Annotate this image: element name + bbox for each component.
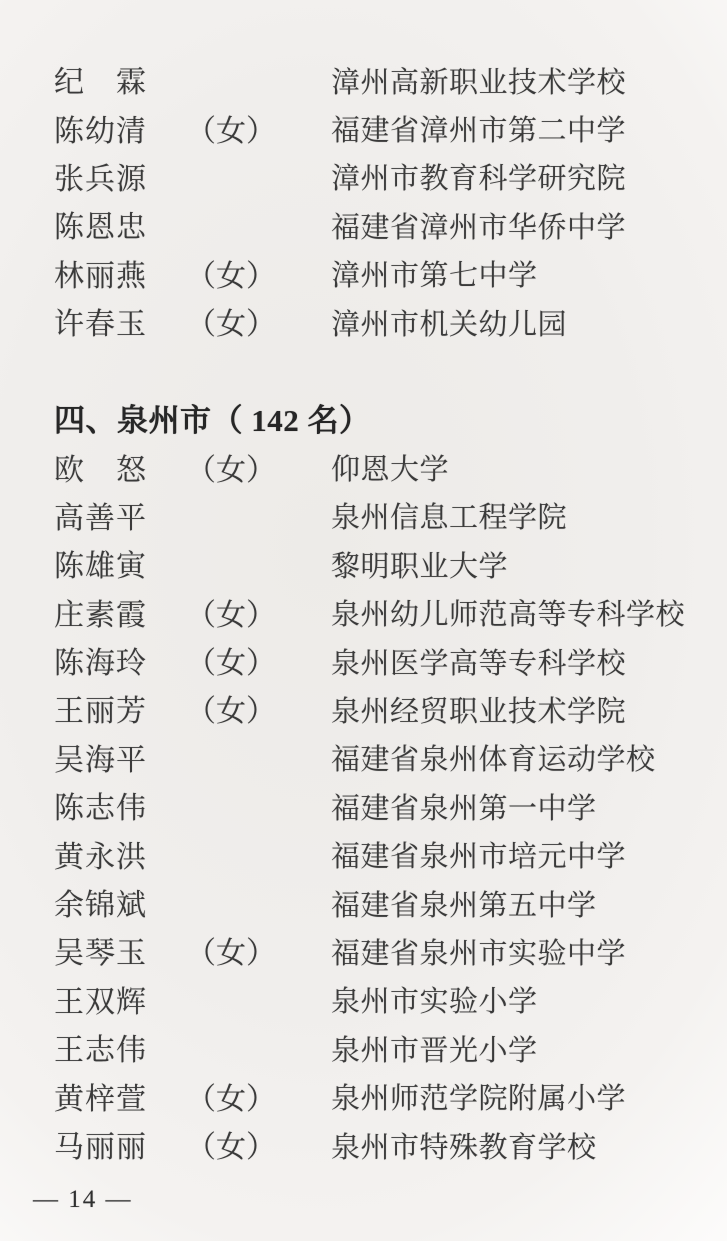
gender-label: （女） <box>186 939 331 969</box>
institution-name: 黎明职业大学 <box>331 553 703 582</box>
institution-name: 泉州师范学院附属小学 <box>331 1085 703 1114</box>
gender-label: （女） <box>186 601 331 631</box>
section-header: 四、泉州市（ 142 名） <box>54 393 703 441</box>
list-item: 马丽丽 （女） 泉州市特殊教育学校 <box>54 1124 703 1172</box>
list-item: 陈恩忠 福建省漳州市华侨中学 <box>54 204 703 252</box>
person-name: 余锦斌 <box>54 891 186 921</box>
list-item: 林丽燕 （女） 漳州市第七中学 <box>54 253 703 301</box>
person-name: 许春玉 <box>54 310 186 340</box>
person-name: 王丽芳 <box>54 697 186 727</box>
institution-name: 福建省泉州市培元中学 <box>331 843 703 872</box>
person-name: 陈海玲 <box>54 649 186 679</box>
institution-name: 泉州市晋光小学 <box>331 1037 703 1066</box>
institution-name: 泉州医学高等专科学校 <box>331 650 703 679</box>
person-name: 张兵源 <box>54 165 186 195</box>
institution-name: 泉州市实验小学 <box>331 988 703 1017</box>
person-name: 吴琴玉 <box>54 939 186 969</box>
institution-name: 福建省漳州市华侨中学 <box>331 214 703 243</box>
list-item: 陈幼清 （女） 福建省漳州市第二中学 <box>54 107 703 155</box>
list-item: 黄梓萱 （女） 泉州师范学院附属小学 <box>54 1075 703 1123</box>
list-item: 黄永洪 福建省泉州市培元中学 <box>54 833 703 881</box>
person-name: 庄素霞 <box>54 601 186 631</box>
institution-name: 漳州市教育科学研究院 <box>331 165 703 194</box>
institution-name: 福建省泉州体育运动学校 <box>331 746 703 775</box>
page-footer: — 14 — <box>33 1186 133 1214</box>
person-name: 陈志伟 <box>54 794 186 824</box>
person-name: 王志伟 <box>54 1036 186 1066</box>
person-name: 黄永洪 <box>54 843 186 873</box>
person-name: 王双辉 <box>54 988 186 1018</box>
list-item: 王双辉 泉州市实验小学 <box>54 979 703 1027</box>
list-item: 陈雄寅 黎明职业大学 <box>54 543 703 591</box>
institution-name: 泉州经贸职业技术学院 <box>331 698 703 727</box>
page-number: — 14 — <box>33 1186 133 1213</box>
person-name: 欧 怒 <box>54 456 186 486</box>
gender-label: （女） <box>186 1133 331 1163</box>
list-item: 纪 霖 漳州高新职业技术学校 <box>54 59 703 107</box>
gender-label: （女） <box>186 262 331 292</box>
institution-name: 福建省泉州第一中学 <box>331 795 703 824</box>
person-name: 纪 霖 <box>54 68 186 98</box>
institution-name: 福建省漳州市第二中学 <box>331 117 703 146</box>
institution-name: 漳州市第七中学 <box>331 262 703 291</box>
person-name: 黄梓萱 <box>54 1085 186 1115</box>
person-name: 高善平 <box>54 504 186 534</box>
institution-name: 泉州市特殊教育学校 <box>331 1134 703 1163</box>
institution-name: 福建省泉州第五中学 <box>331 892 703 921</box>
gender-label: （女） <box>186 649 331 679</box>
list-item: 高善平 泉州信息工程学院 <box>54 495 703 543</box>
list-item: 欧 怒 （女） 仰恩大学 <box>54 446 703 494</box>
institution-name: 漳州市机关幼儿园 <box>331 311 703 340</box>
person-name: 林丽燕 <box>54 262 186 292</box>
institution-name: 漳州高新职业技术学校 <box>331 69 703 98</box>
institution-name: 福建省泉州市实验中学 <box>331 940 703 969</box>
list-item: 陈海玲 （女） 泉州医学高等专科学校 <box>54 640 703 688</box>
list-item: 吴琴玉 （女） 福建省泉州市实验中学 <box>54 930 703 978</box>
list-item: 张兵源 漳州市教育科学研究院 <box>54 156 703 204</box>
awardee-list: 纪 霖 漳州高新职业技术学校 陈幼清 （女） 福建省漳州市第二中学 张兵源 漳州… <box>54 59 703 1172</box>
list-item: 王丽芳 （女） 泉州经贸职业技术学院 <box>54 688 703 736</box>
gender-label: （女） <box>186 697 331 727</box>
person-name: 吴海平 <box>54 746 186 776</box>
institution-name: 仰恩大学 <box>331 456 703 485</box>
person-name: 陈幼清 <box>54 117 186 147</box>
person-name: 陈恩忠 <box>54 213 186 243</box>
list-item: 吴海平 福建省泉州体育运动学校 <box>54 737 703 785</box>
gender-label: （女） <box>186 117 331 147</box>
institution-name: 泉州信息工程学院 <box>331 504 703 533</box>
document-page: 纪 霖 漳州高新职业技术学校 陈幼清 （女） 福建省漳州市第二中学 张兵源 漳州… <box>0 0 727 1241</box>
list-item: 庄素霞 （女） 泉州幼儿师范高等专科学校 <box>54 592 703 640</box>
list-item: 王志伟 泉州市晋光小学 <box>54 1027 703 1075</box>
gender-label: （女） <box>186 1085 331 1115</box>
person-name: 马丽丽 <box>54 1133 186 1163</box>
gender-label: （女） <box>186 456 331 486</box>
person-name: 陈雄寅 <box>54 552 186 582</box>
list-item: 许春玉 （女） 漳州市机关幼儿园 <box>54 301 703 349</box>
list-item: 余锦斌 福建省泉州第五中学 <box>54 882 703 930</box>
list-item: 陈志伟 福建省泉州第一中学 <box>54 785 703 833</box>
institution-name: 泉州幼儿师范高等专科学校 <box>331 601 703 630</box>
gender-label: （女） <box>186 310 331 340</box>
